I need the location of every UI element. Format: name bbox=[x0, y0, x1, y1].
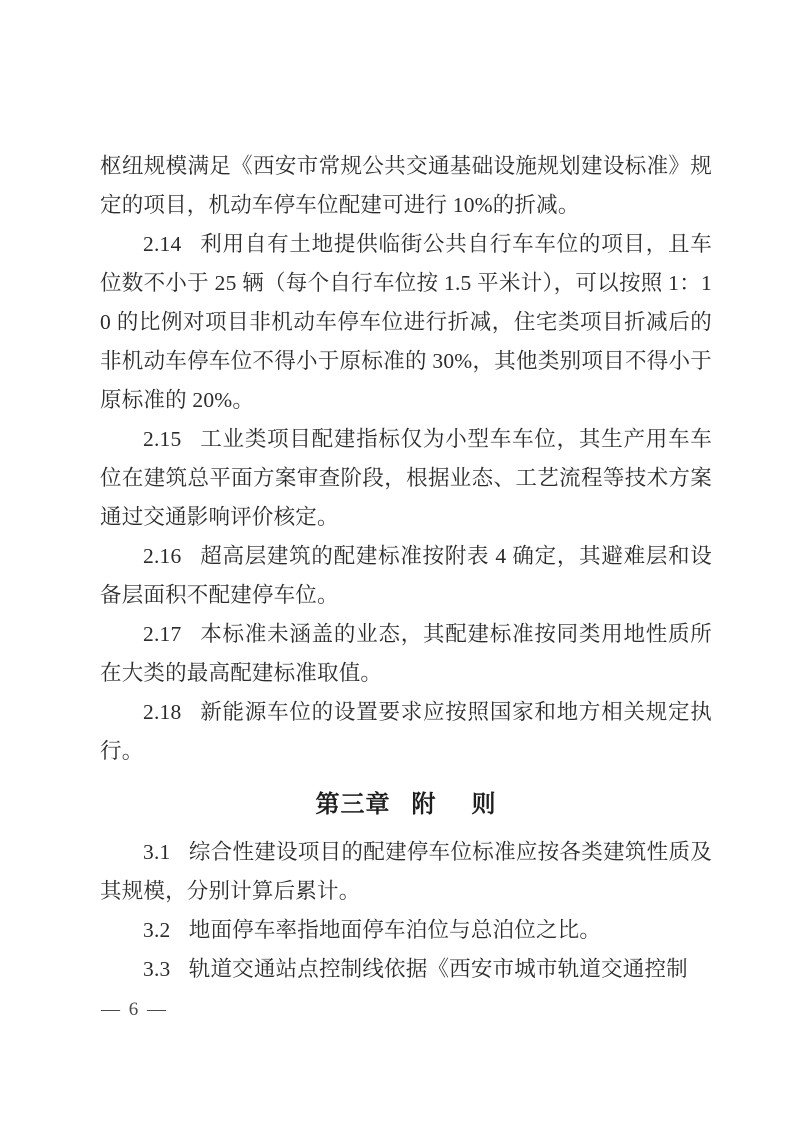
paragraph-text: 综合性建设项目的配建停车位标准应按各类建筑性质及其规模，分别计算后累计。 bbox=[100, 840, 712, 903]
section-number: 3.1 bbox=[143, 840, 170, 864]
body-paragraph-2-14: 2.14利用自有土地提供临街公共自行车车位的项目，且车位数不小于 25 辆（每个… bbox=[100, 225, 712, 420]
section-number: 3.2 bbox=[143, 918, 170, 942]
chapter-heading: 第三章 附 则 bbox=[100, 785, 712, 825]
body-paragraph-2-16: 2.16超高层建筑的配建标准按附表 4 确定，其避难层和设备层面积不配建停车位。 bbox=[100, 537, 712, 615]
document-page: 枢纽规模满足《西安市常规公共交通基础设施规划建设标准》规定的项目，机动车停车位配… bbox=[0, 0, 800, 1132]
body-paragraph-2-15: 2.15工业类项目配建指标仅为小型车车位，其生产用车车位在建筑总平面方案审查阶段… bbox=[100, 420, 712, 537]
paragraph-text: 地面停车率指地面停车泊位与总泊位之比。 bbox=[189, 918, 601, 942]
paragraph-text: 枢纽规模满足《西安市常规公共交通基础设施规划建设标准》规定的项目，机动车停车位配… bbox=[100, 154, 712, 217]
page-number: — 6 — bbox=[101, 998, 168, 1022]
section-number: 2.14 bbox=[143, 232, 181, 256]
body-paragraph-3-1: 3.1综合性建设项目的配建停车位标准应按各类建筑性质及其规模，分别计算后累计。 bbox=[100, 833, 712, 911]
paragraph-text: 超高层建筑的配建标准按附表 4 确定，其避难层和设备层面积不配建停车位。 bbox=[100, 544, 712, 607]
section-number: 2.16 bbox=[143, 544, 181, 568]
body-paragraph-2-17: 2.17本标准未涵盖的业态，其配建标准按同类用地性质所在大类的最高配建标准取值。 bbox=[100, 615, 712, 693]
body-paragraph-3-3: 3.3轨道交通站点控制线依据《西安市城市轨道交通控制 bbox=[100, 950, 712, 989]
body-paragraph-continuation: 枢纽规模满足《西安市常规公共交通基础设施规划建设标准》规定的项目，机动车停车位配… bbox=[100, 147, 712, 225]
body-paragraph-3-2: 3.2地面停车率指地面停车泊位与总泊位之比。 bbox=[100, 911, 712, 950]
paragraph-text: 新能源车位的设置要求应按照国家和地方相关规定执行。 bbox=[100, 700, 712, 763]
paragraph-text: 本标准未涵盖的业态，其配建标准按同类用地性质所在大类的最高配建标准取值。 bbox=[100, 622, 712, 685]
section-number: 2.17 bbox=[143, 622, 181, 646]
section-number: 2.15 bbox=[143, 427, 181, 451]
body-paragraph-2-18: 2.18新能源车位的设置要求应按照国家和地方相关规定执行。 bbox=[100, 693, 712, 771]
paragraph-text: 工业类项目配建指标仅为小型车车位，其生产用车车位在建筑总平面方案审查阶段，根据业… bbox=[100, 427, 712, 529]
section-number: 3.3 bbox=[143, 957, 170, 981]
paragraph-text: 轨道交通站点控制线依据《西安市城市轨道交通控制 bbox=[189, 957, 688, 981]
paragraph-text: 利用自有土地提供临街公共自行车车位的项目，且车位数不小于 25 辆（每个自行车位… bbox=[100, 232, 712, 412]
section-number: 2.18 bbox=[143, 700, 181, 724]
document-body: 枢纽规模满足《西安市常规公共交通基础设施规划建设标准》规定的项目，机动车停车位配… bbox=[100, 147, 712, 989]
